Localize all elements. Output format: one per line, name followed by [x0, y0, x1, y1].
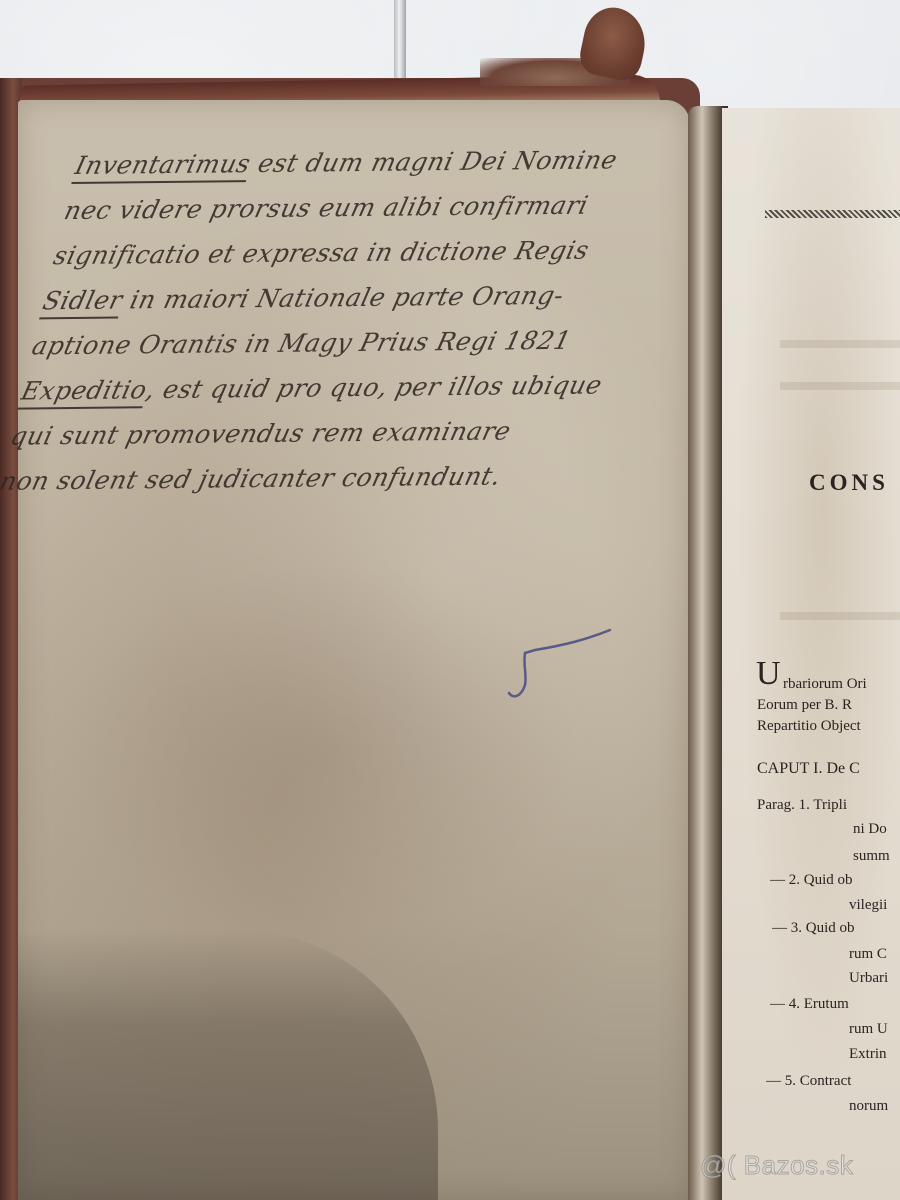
printed-title: CONS	[809, 470, 900, 496]
inscription-line-rest: est dum magni Dei Nomine	[247, 145, 621, 178]
pencil-number-mark	[505, 625, 615, 705]
printed-line: Eorum per B. R	[757, 697, 900, 714]
drop-capital: U	[756, 657, 781, 691]
inscription-line: nec videre prorsus eum alibi confirmari	[60, 181, 711, 233]
printed-line: — 5. Contract	[766, 1073, 900, 1090]
printed-line: — 3. Quid ob	[772, 920, 900, 937]
printed-line: Extrin	[849, 1046, 900, 1063]
inscription-line: aptione Orantis in Magy Prius Regi 1821	[27, 317, 678, 369]
printed-line: — 4. Erutum	[770, 996, 900, 1013]
inscription-line: non solent sed judicanter confundunt.	[0, 452, 646, 504]
printed-line: ni Do	[853, 821, 900, 838]
underlined-word: Inventarimus	[72, 149, 253, 180]
water-stain	[60, 560, 580, 940]
underlined-word: Expeditio	[18, 375, 150, 405]
inscription-line-rest: , est quid pro quo, per illos ubique	[143, 370, 605, 404]
inscription-line: Inventarimus est dum magni Dei Nomine	[70, 136, 721, 188]
printed-line: Urbari	[849, 970, 900, 987]
printed-line: — 2. Quid ob	[770, 872, 900, 889]
chapter-heading: CAPUT I. De C	[757, 760, 900, 778]
faded-print	[780, 340, 900, 348]
site-watermark: @( Bazos.sk	[700, 1150, 853, 1181]
inscription-line: Sidler in maiori Nationale parte Orang-	[38, 272, 689, 324]
inscription-line: qui sunt promovendus rem examinare	[6, 407, 657, 459]
printed-line: Parag. 1. Tripli	[757, 797, 900, 814]
printed-line: summ	[853, 848, 900, 865]
printed-line: rum C	[849, 946, 900, 963]
faded-print	[780, 612, 900, 620]
inscription-line: significatio et expressa in dictione Reg…	[49, 226, 700, 278]
printed-line: rum U	[849, 1021, 900, 1038]
printed-line: norum	[849, 1098, 900, 1115]
printed-line: Repartitio Object	[757, 718, 900, 735]
handwritten-inscription: Inventarimus est dum magni Dei Nomine ne…	[0, 136, 721, 504]
inscription-line: Expeditio, est quid pro quo, per illos u…	[17, 362, 668, 414]
faded-print	[780, 382, 900, 390]
metal-rod	[394, 0, 406, 82]
ornamental-rule	[765, 210, 900, 218]
inscription-line-rest: in maiori Nationale parte Orang-	[119, 281, 567, 315]
underlined-word: Sidler	[40, 285, 126, 315]
printed-line: rbariorum Ori	[783, 676, 900, 693]
printed-line: vilegii	[849, 897, 900, 914]
